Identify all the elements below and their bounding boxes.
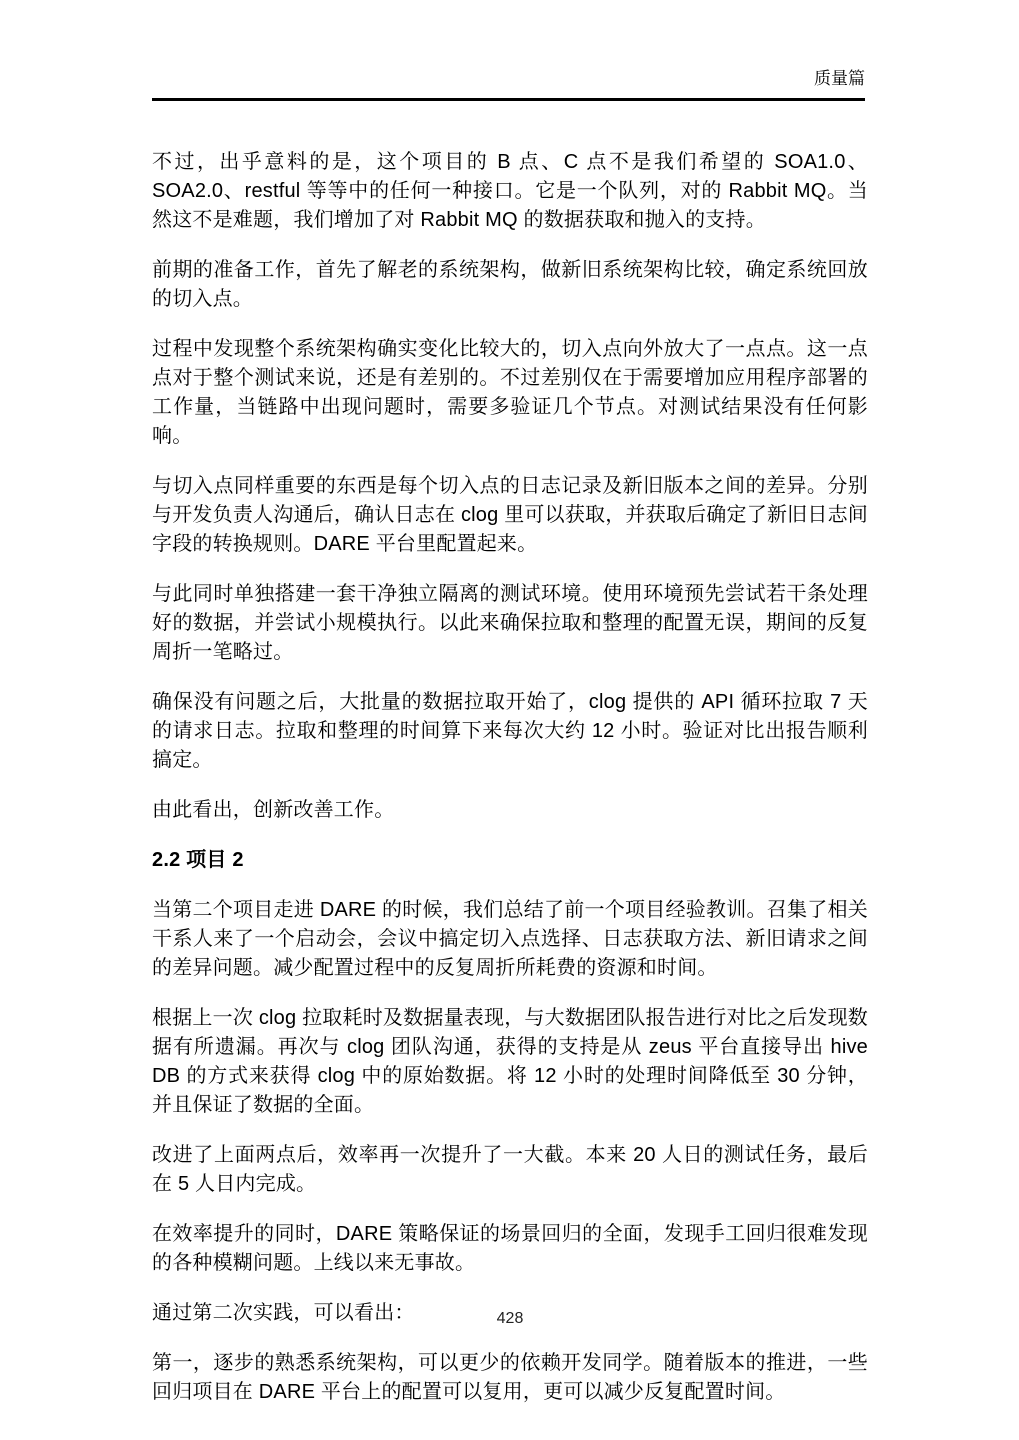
paragraph-5: 与此同时单独搭建一套干净独立隔离的测试环境。使用环境预先尝试若干条处理好的数据，…	[152, 580, 868, 667]
page-footer: 428	[152, 1308, 868, 1330]
page-header: 质量篇	[152, 68, 865, 90]
header-rule	[152, 98, 865, 101]
paragraph-8: 当第二个项目走进 DARE 的时候，我们总结了前一个项目经验教训。召集了相关干系…	[152, 896, 868, 983]
paragraph-9: 根据上一次 clog 拉取耗时及数据量表现，与大数据团队报告进行对比之后发现数据…	[152, 1004, 868, 1120]
page-number: 428	[497, 1310, 524, 1327]
section-heading-project-2: 2.2 项目 2	[152, 846, 868, 875]
paragraph-7: 由此看出，创新改善工作。	[152, 796, 868, 825]
document-page: 质量篇 不过，出乎意料的是，这个项目的 B 点、C 点不是我们希望的 SOA1.…	[0, 0, 1019, 1440]
header-chapter-label: 质量篇	[814, 69, 865, 88]
paragraph-13: 第一，逐步的熟悉系统架构，可以更少的依赖开发同学。随着版本的推进，一些回归项目在…	[152, 1349, 868, 1407]
paragraph-6: 确保没有问题之后，大批量的数据拉取开始了，clog 提供的 API 循环拉取 7…	[152, 688, 868, 775]
paragraph-1: 不过，出乎意料的是，这个项目的 B 点、C 点不是我们希望的 SOA1.0、SO…	[152, 148, 868, 235]
document-body: 不过，出乎意料的是，这个项目的 B 点、C 点不是我们希望的 SOA1.0、SO…	[152, 148, 868, 1428]
paragraph-3: 过程中发现整个系统架构确实变化比较大的，切入点向外放大了一点点。这一点点对于整个…	[152, 335, 868, 451]
paragraph-11: 在效率提升的同时，DARE 策略保证的场景回归的全面，发现手工回归很难发现的各种…	[152, 1220, 868, 1278]
paragraph-4: 与切入点同样重要的东西是每个切入点的日志记录及新旧版本之间的差异。分别与开发负责…	[152, 472, 868, 559]
paragraph-10: 改进了上面两点后，效率再一次提升了一大截。本来 20 人日的测试任务，最后在 5…	[152, 1141, 868, 1199]
paragraph-2: 前期的准备工作，首先了解老的系统架构，做新旧系统架构比较，确定系统回放的切入点。	[152, 256, 868, 314]
